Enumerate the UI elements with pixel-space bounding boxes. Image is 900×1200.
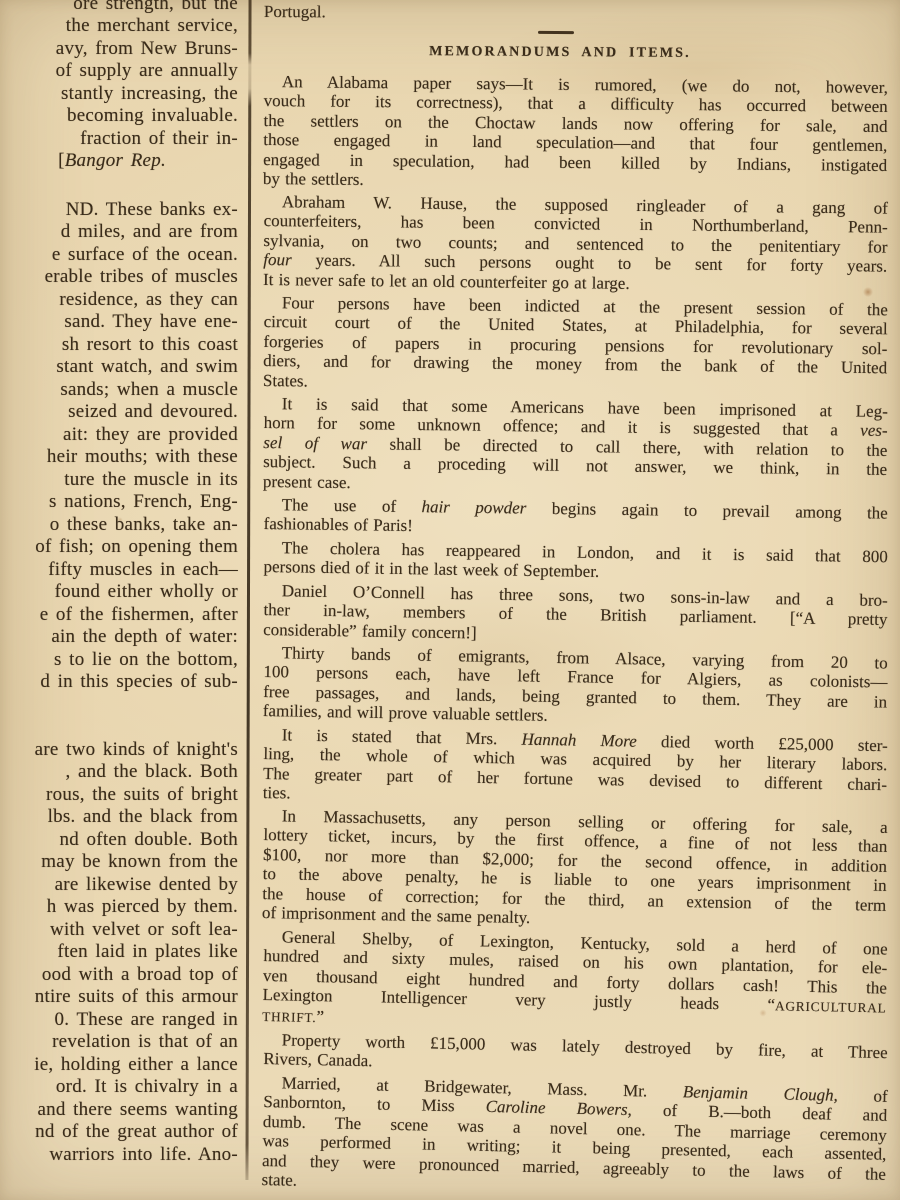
line-text: e surface of the ocean. xyxy=(52,244,238,266)
line-text: the merchant service, xyxy=(66,15,238,37)
line-text: e of the fishermen, after xyxy=(40,604,238,626)
left-column-line: o these banks, take an- xyxy=(0,515,240,538)
left-column-line: sh resort to this coast xyxy=(0,335,240,358)
line-text: warriors into life. Ano- xyxy=(49,1144,238,1166)
text-segment: ves- xyxy=(860,421,888,440)
line-text: nd often double. Both xyxy=(60,829,238,851)
line-text: ord. It is chivalry in a xyxy=(56,1076,238,1098)
line-text: ait: they are provided xyxy=(63,424,238,446)
left-column-line: avy, from New Bruns- xyxy=(0,39,240,62)
text-segment: AGRICULTURAL xyxy=(775,998,887,1015)
section-heading: MEMORANDUMS AND ITEMS. xyxy=(248,41,872,65)
text-segment: Caroline Bowers, xyxy=(485,1097,632,1119)
text-segment: [ xyxy=(58,150,65,171)
memo-paragraphs: An Alabama paper says—It is rumored, (we… xyxy=(264,72,888,1189)
left-column-line: revelation is that of an xyxy=(0,1033,240,1056)
line-text: [Bangor Rep. xyxy=(58,150,166,172)
line-text: rous, the suits of bright xyxy=(46,784,238,806)
line-text: heir mouths; with these xyxy=(47,446,238,468)
text-segment: Hannah More xyxy=(521,729,637,750)
column-divider-rule xyxy=(245,0,251,1180)
left-column-line: with velvet or soft lea- xyxy=(0,920,240,943)
left-column-line: of supply are annually xyxy=(0,62,240,85)
line-text: ood with a broad top of xyxy=(42,964,238,986)
text-segment: ” xyxy=(316,1007,324,1026)
left-column-line: ntire suits of this armour xyxy=(0,988,240,1011)
line-text: ften laid in plates like xyxy=(57,941,238,963)
left-column-line: may be known from the xyxy=(0,853,240,876)
left-column-line: erable tribes of muscles xyxy=(0,268,240,291)
left-column-line: seized and devoured. xyxy=(0,403,240,426)
text-segment: sel of war xyxy=(263,433,367,453)
left-column-line: s to lie on the bottom, xyxy=(0,650,240,673)
memo-paragraph: Daniel O’Connell has three sons, two son… xyxy=(263,581,888,649)
line-text: ntire suits of this armour xyxy=(35,986,238,1008)
left-column-line: d in this species of sub- xyxy=(0,673,240,696)
left-column-line: residence, as they can xyxy=(0,290,240,313)
line-text: with velvet or soft lea- xyxy=(50,919,238,941)
left-column-line: sands; when a muscle xyxy=(0,380,240,403)
memo-paragraph: Abraham W. Hause, the supposed ringleade… xyxy=(263,192,888,296)
left-column-line: heir mouths; with these xyxy=(0,448,240,471)
line-text: of supply are annually xyxy=(56,60,238,82)
left-column-line: s nations, French, Eng- xyxy=(0,493,240,516)
memo-paragraph: Four persons have been indicted at the p… xyxy=(263,293,888,397)
memo-paragraph: Married, at Bridgewater, Mass. Mr. Benja… xyxy=(261,1073,887,1200)
left-column-line: ture the muscle in its xyxy=(0,470,240,493)
left-column-line: e of the fishermen, after xyxy=(0,605,240,628)
line-text: s nations, French, Eng- xyxy=(49,491,238,513)
line-text: avy, from New Bruns- xyxy=(56,38,238,60)
left-column-line: are likewise dented by xyxy=(0,875,240,898)
line-text: fifty muscles in each— xyxy=(48,559,238,581)
left-column-line: ND. These banks ex- xyxy=(0,200,240,223)
left-column-line: ften laid in plates like xyxy=(0,943,240,966)
right-column: Portugal. MEMORANDUMS AND ITEMS. An Alab… xyxy=(264,2,888,1189)
left-column-line: e surface of the ocean. xyxy=(0,245,240,268)
line-text: are likewise dented by xyxy=(55,874,238,896)
left-column-line: d miles, and are from xyxy=(0,223,240,246)
left-column-line: and there seems wanting xyxy=(0,1100,240,1123)
line-text: ture the muscle in its xyxy=(64,469,238,491)
section-rule xyxy=(538,31,574,34)
left-column-line: 0. These are ranged in xyxy=(0,1010,240,1033)
line-text: nd of the great author of xyxy=(35,1121,238,1143)
text-segment: hair powder xyxy=(421,498,526,518)
left-column-line: are two kinds of knight's xyxy=(0,740,240,763)
line-text: ain the depth of water: xyxy=(51,626,238,648)
memo-paragraph: It is stated that Mrs. Hannah More died … xyxy=(263,725,888,814)
left-column: ore strength, but thethe merchant servic… xyxy=(0,0,240,1168)
line-text: residence, as they can xyxy=(59,289,238,311)
line-text: of fish; on opening them xyxy=(35,536,238,558)
line-text: may be known from the xyxy=(41,851,238,873)
left-column-line: h was pierced by them. xyxy=(0,898,240,921)
left-column-line: nd of the great author of xyxy=(0,1123,240,1146)
memo-paragraph: It is said that some Americans have been… xyxy=(263,394,888,499)
memo-paragraph: General Shelby, of Lexington, Kentucky, … xyxy=(262,927,888,1039)
line-text: are two kinds of knight's xyxy=(35,739,238,761)
left-column-line: ait: they are provided xyxy=(0,425,240,448)
left-column-line: fraction of their in- xyxy=(0,129,240,152)
left-column-line: sand. They have ene- xyxy=(0,313,240,336)
line-text: s to lie on the bottom, xyxy=(54,649,238,671)
line-text: seized and devoured. xyxy=(68,401,238,423)
line-text: erable tribes of muscles xyxy=(45,266,238,288)
text-segment: THRIFT. xyxy=(262,1008,317,1024)
left-column-line: lbs. and the black from xyxy=(0,808,240,831)
left-column-line: ood with a broad top of xyxy=(0,965,240,988)
line-text: lbs. and the black from xyxy=(48,806,238,828)
memo-paragraph: In Massachusetts, any person selling or … xyxy=(262,806,888,934)
newspaper-page: ore strength, but thethe merchant servic… xyxy=(0,0,900,1200)
line-text: 0. These are ranged in xyxy=(55,1009,238,1031)
left-column-line: ie, holding either a lance xyxy=(0,1055,240,1078)
line-text: sand. They have ene- xyxy=(64,311,238,333)
left-column-line: warriors into life. Ano- xyxy=(0,1145,240,1168)
left-column-line: stantly increasing, the xyxy=(0,84,240,107)
text-segment: four xyxy=(263,250,292,269)
line-text: o these banks, take an- xyxy=(50,514,238,536)
memo-paragraph: An Alabama paper says—It is rumored, (we… xyxy=(263,72,888,194)
line-text: and there seems wanting xyxy=(37,1099,238,1121)
left-column-line: ain the depth of water: xyxy=(0,628,240,651)
line-text: ore strength, but the xyxy=(73,0,238,15)
line-text: h was pierced by them. xyxy=(47,896,238,918)
left-column-line: found either wholly or xyxy=(0,583,240,606)
text-segment: The use of xyxy=(282,496,422,517)
line-text: ie, holding either a lance xyxy=(34,1054,238,1076)
line-text: d miles, and are from xyxy=(61,221,238,243)
line-text: stantly increasing, the xyxy=(61,83,238,105)
line-text: d in this species of sub- xyxy=(40,671,238,693)
text-segment: Bangor Rep. xyxy=(65,150,166,171)
left-column-line: nd often double. Both xyxy=(0,830,240,853)
memo-paragraph: The cholera has reappeared in London, an… xyxy=(263,538,888,586)
attribution-line: [Bangor Rep. xyxy=(0,152,240,175)
line-text: fraction of their in- xyxy=(80,128,238,150)
line-text: ND. These banks ex- xyxy=(66,199,238,221)
line-text: found either wholly or xyxy=(55,581,238,603)
left-column-line: fifty muscles in each— xyxy=(0,560,240,583)
left-column-line: ord. It is chivalry in a xyxy=(0,1078,240,1101)
previous-article-end-fragment: Portugal. xyxy=(264,2,888,25)
line-text: , and the black. Both xyxy=(66,761,239,783)
left-column-line: , and the black. Both xyxy=(0,763,240,786)
text-segment: Benjamin Clough, xyxy=(683,1082,838,1104)
left-column-line: stant watch, and swim xyxy=(0,358,240,381)
memo-paragraph: Thirty bands of emigrants, from Alsace, … xyxy=(263,643,888,731)
left-column-line: of fish; on opening them xyxy=(0,538,240,561)
left-column-line: becoming invaluable. xyxy=(0,107,240,130)
line-text: sh resort to this coast xyxy=(62,334,238,356)
line-text: revelation is that of an xyxy=(52,1031,238,1053)
line-text: becoming invaluable. xyxy=(67,105,238,127)
line-text: stant watch, and swim xyxy=(56,356,238,378)
left-column-line: the merchant service, xyxy=(0,17,240,40)
line-text: sands; when a muscle xyxy=(60,379,238,401)
text-segment: of xyxy=(838,1085,888,1105)
memo-paragraph: The use of hair powder begins again to p… xyxy=(263,495,887,542)
left-column-line: rous, the suits of bright xyxy=(0,785,240,808)
